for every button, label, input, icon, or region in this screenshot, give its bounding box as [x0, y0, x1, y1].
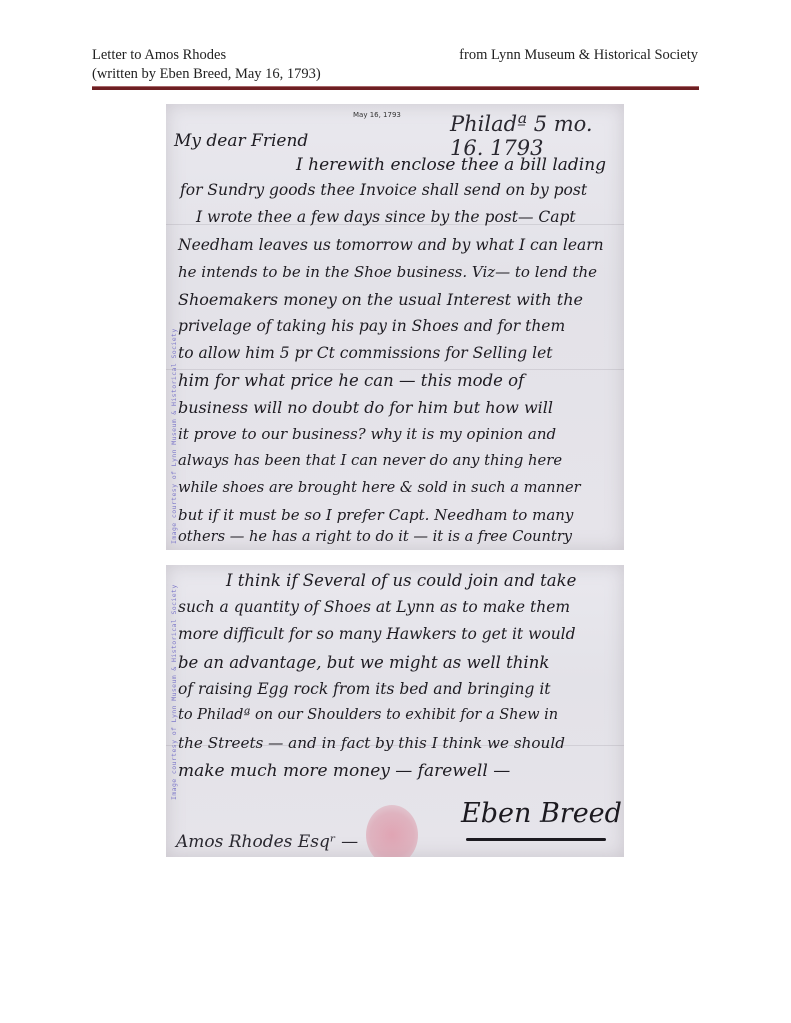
letter-line: more difficult for so many Hawkers to ge… — [178, 625, 576, 643]
letter-line: privelage of taking his pay in Shoes and… — [178, 317, 565, 335]
letter-line: of raising Egg rock from its bed and bri… — [178, 680, 551, 698]
letter-line: make much more money — farewell — — [178, 761, 510, 781]
letter-image-page-2: Image courtesy of Lynn Museum & Historic… — [166, 565, 624, 857]
letter-line: I herewith enclose thee a bill lading — [296, 155, 606, 175]
letter-line: Needham leaves us tomorrow and by what I… — [178, 236, 604, 254]
signature: Eben Breed — [461, 798, 622, 829]
letter-place-date: Philadª 5 mo. 16. 1793 — [450, 112, 624, 160]
letter-line: him for what price he can — this mode of — [178, 371, 524, 390]
title-line-2: (written by Eben Breed, May 16, 1793) — [92, 65, 321, 84]
wax-seal-mark — [366, 805, 418, 857]
letter-line: I think if Several of us could join and … — [226, 571, 576, 590]
letter-line: the Streets — and in fact by this I thin… — [178, 734, 565, 752]
letter-line: such a quantity of Shoes at Lynn as to m… — [178, 598, 570, 616]
letter-line: always has been that I can never do any … — [178, 452, 562, 469]
pencil-date-note: May 16, 1793 — [353, 111, 401, 119]
page-header: Letter to Amos Rhodes (written by Eben B… — [92, 46, 698, 90]
letter-line: My dear Friend — [174, 131, 308, 151]
title-line-1: Letter to Amos Rhodes — [92, 46, 321, 65]
letter-line: be an advantage, but we might as well th… — [178, 653, 549, 672]
source-attribution: from Lynn Museum & Historical Society — [459, 46, 698, 65]
signature-flourish — [466, 838, 606, 841]
letter-line: others — he has a right to do it — it is… — [178, 528, 572, 545]
header-rule — [92, 86, 699, 90]
letter-line: it prove to our business? why it is my o… — [178, 425, 556, 443]
letter-line: while shoes are brought here & sold in s… — [178, 479, 581, 496]
letter-line: but if it must be so I prefer Capt. Need… — [178, 506, 573, 524]
letter-line: to allow him 5 pr Ct commissions for Sel… — [178, 344, 552, 362]
letter-line: for Sundry goods thee Invoice shall send… — [180, 181, 587, 199]
paper-fold-line — [166, 369, 624, 370]
letter-line: Shoemakers money on the usual Interest w… — [178, 290, 583, 309]
letter-image-page-1: Image courtesy of Lynn Museum & Historic… — [166, 104, 624, 550]
letter-line: he intends to be in the Shoe business. V… — [178, 263, 597, 281]
document-title: Letter to Amos Rhodes (written by Eben B… — [92, 46, 321, 84]
letter-line: business will no doubt do for him but ho… — [178, 398, 553, 417]
recipient-address: Amos Rhodes Esqʳ — — [176, 832, 358, 852]
letter-line: I wrote thee a few days since by the pos… — [196, 208, 576, 226]
letter-line: to Philadª on our Shoulders to exhibit f… — [178, 707, 558, 723]
